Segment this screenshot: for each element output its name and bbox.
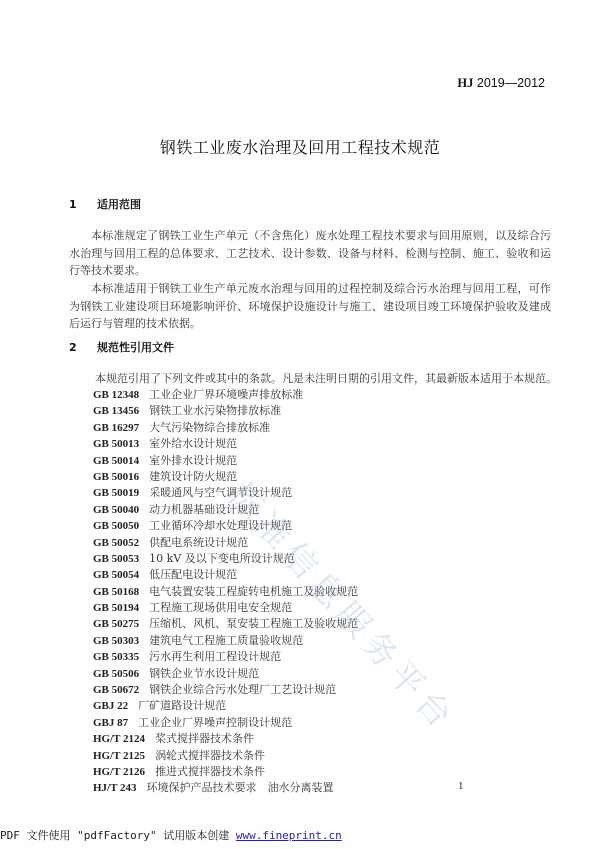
reference-item: GB 5005310 kV 及以下变电所设计规范 xyxy=(93,551,358,567)
reference-item: GB 50303建筑电气工程施工质量验收规范 xyxy=(93,633,358,649)
reference-code: HG/T 2124 xyxy=(93,731,145,747)
reference-code: GB 12348 xyxy=(93,387,139,403)
reference-title: 钢铁工业水污染物排放标准 xyxy=(149,404,281,417)
reference-item: HG/T 2126推进式搅拌器技术条件 xyxy=(93,764,358,780)
reference-code: GB 50194 xyxy=(93,600,139,616)
reference-title: 工程施工现场供用电安全规范 xyxy=(149,601,292,614)
reference-code: GB 50050 xyxy=(93,518,139,534)
reference-code: GB 50016 xyxy=(93,469,139,485)
section-title: 适用范围 xyxy=(97,198,141,211)
reference-code: HG/T 2126 xyxy=(93,764,145,780)
reference-title: 工业企业厂界环境噪声排放标准 xyxy=(149,388,303,401)
reference-code: HG/T 2125 xyxy=(93,748,145,764)
reference-title: 推进式搅拌器技术条件 xyxy=(155,765,265,778)
reference-item: GB 50054低压配电设计规范 xyxy=(93,567,358,583)
reference-title: 涡轮式搅拌器技术条件 xyxy=(155,749,265,762)
reference-code: GB 50040 xyxy=(93,502,139,518)
reference-code: GB 50054 xyxy=(93,567,139,583)
section-heading-scope: 1适用范围 xyxy=(69,196,141,212)
reference-title: 电气装置安装工程旋转电机施工及验收规范 xyxy=(149,585,358,598)
reference-code: GB 50014 xyxy=(93,453,139,469)
reference-item: GBJ 22厂矿道路设计规范 xyxy=(93,698,358,714)
reference-title: 环境保护产品技术要求 油水分离装置 xyxy=(147,781,334,794)
reference-item: GB 13456钢铁工业水污染物排放标准 xyxy=(93,403,358,419)
reference-title: 桨式搅拌器技术条件 xyxy=(155,732,254,745)
reference-title: 10 kV 及以下变电所设计规范 xyxy=(149,552,295,565)
standard-number-value: 2019—2012 xyxy=(477,76,545,90)
reference-item: GB 50335污水再生利用工程设计规范 xyxy=(93,649,358,665)
reference-code: GB 50052 xyxy=(93,535,139,551)
footer-text: PDF 文件使用 "pdfFactory" 试用版本创建 xyxy=(0,829,236,842)
reference-title: 建筑电气工程施工质量验收规范 xyxy=(149,634,303,647)
document-title: 钢铁工业废水治理及回用工程技术规范 xyxy=(0,135,600,158)
reference-item: GB 50194工程施工现场供用电安全规范 xyxy=(93,600,358,616)
reference-title: 室外排水设计规范 xyxy=(149,454,237,467)
reference-code: GB 13456 xyxy=(93,403,139,419)
reference-item: GB 50506钢铁企业节水设计规范 xyxy=(93,666,358,682)
reference-code: GB 16297 xyxy=(93,420,139,436)
reference-code: HJ/T 243 xyxy=(93,780,137,796)
page-number: 1 xyxy=(458,780,464,792)
reference-item: GB 50013室外给水设计规范 xyxy=(93,436,358,452)
reference-item: HG/T 2125涡轮式搅拌器技术条件 xyxy=(93,748,358,764)
section-number: 1 xyxy=(69,198,97,211)
reference-code: GBJ 87 xyxy=(93,715,128,731)
reference-title: 大气污染物综合排放标准 xyxy=(149,421,270,434)
reference-title: 动力机器基础设计规范 xyxy=(149,503,259,516)
section-title: 规范性引用文件 xyxy=(97,341,174,354)
reference-item: GB 50040动力机器基础设计规范 xyxy=(93,502,358,518)
reference-item: GB 50168电气装置安装工程旋转电机施工及验收规范 xyxy=(93,584,358,600)
section-number: 2 xyxy=(69,341,97,354)
standard-prefix: HJ xyxy=(457,76,473,90)
reference-code: GB 50013 xyxy=(93,436,139,452)
fineprint-link[interactable]: www.fineprint.cn xyxy=(236,829,342,842)
reference-item: GB 50275压缩机、风机、泵安装工程施工及验收规范 xyxy=(93,616,358,632)
pdf-footer: PDF 文件使用 "pdfFactory" 试用版本创建 www.finepri… xyxy=(0,827,342,843)
reference-code: GB 50335 xyxy=(93,649,139,665)
reference-title: 建筑设计防火规范 xyxy=(149,470,237,483)
reference-item: HJ/T 243环境保护产品技术要求 油水分离装置 xyxy=(93,780,358,796)
reference-code: GB 50672 xyxy=(93,682,139,698)
scope-paragraph-1: 本标准规定了钢铁工业生产单元（不含焦化）废水处理工程技术要求与回用原则，以及综合… xyxy=(69,227,551,280)
reference-item: GB 50672钢铁企业综合污水处理厂工艺设计规范 xyxy=(93,682,358,698)
reference-title: 室外给水设计规范 xyxy=(149,437,237,450)
reference-code: GB 50168 xyxy=(93,584,139,600)
reference-title: 污水再生利用工程设计规范 xyxy=(149,650,281,663)
reference-code: GBJ 22 xyxy=(93,698,128,714)
reference-code: GB 50506 xyxy=(93,666,139,682)
reference-code: GB 50303 xyxy=(93,633,139,649)
reference-item: GB 50019采暖通风与空气调节设计规范 xyxy=(93,485,358,501)
reference-code: GB 50275 xyxy=(93,616,139,632)
reference-title: 压缩机、风机、泵安装工程施工及验收规范 xyxy=(149,617,358,630)
reference-list: GB 12348工业企业厂界环境噪声排放标准GB 13456钢铁工业水污染物排放… xyxy=(93,387,358,797)
scope-paragraph-2: 本标准适用于钢铁工业生产单元废水治理与回用的过程控制及综合污水治理与回用工程，可… xyxy=(69,280,551,333)
reference-item: GBJ 87工业企业厂界噪声控制设计规范 xyxy=(93,715,358,731)
reference-item: GB 50016建筑设计防火规范 xyxy=(93,469,358,485)
references-intro: 本规范引用了下列文件或其中的条款。凡是未注明日期的引用文件，其最新版本适用于本规… xyxy=(95,370,557,386)
section-heading-normative-references: 2规范性引用文件 xyxy=(69,339,174,355)
reference-item: GB 16297大气污染物综合排放标准 xyxy=(93,420,358,436)
reference-title: 钢铁企业节水设计规范 xyxy=(149,667,259,680)
reference-title: 工业企业厂界噪声控制设计规范 xyxy=(138,716,292,729)
reference-item: GB 12348工业企业厂界环境噪声排放标准 xyxy=(93,387,358,403)
reference-item: GB 50050工业循环冷却水处理设计规范 xyxy=(93,518,358,534)
reference-title: 厂矿道路设计规范 xyxy=(138,699,226,712)
reference-title: 钢铁企业综合污水处理厂工艺设计规范 xyxy=(149,683,336,696)
reference-item: HG/T 2124桨式搅拌器技术条件 xyxy=(93,731,358,747)
standard-number: HJ 2019—2012 xyxy=(457,76,545,91)
reference-item: GB 50052供配电系统设计规范 xyxy=(93,535,358,551)
reference-title: 采暖通风与空气调节设计规范 xyxy=(149,486,292,499)
reference-item: GB 50014室外排水设计规范 xyxy=(93,453,358,469)
reference-title: 供配电系统设计规范 xyxy=(149,536,248,549)
reference-code: GB 50053 xyxy=(93,551,139,567)
reference-title: 低压配电设计规范 xyxy=(149,568,237,581)
reference-title: 工业循环冷却水处理设计规范 xyxy=(149,519,292,532)
reference-code: GB 50019 xyxy=(93,485,139,501)
